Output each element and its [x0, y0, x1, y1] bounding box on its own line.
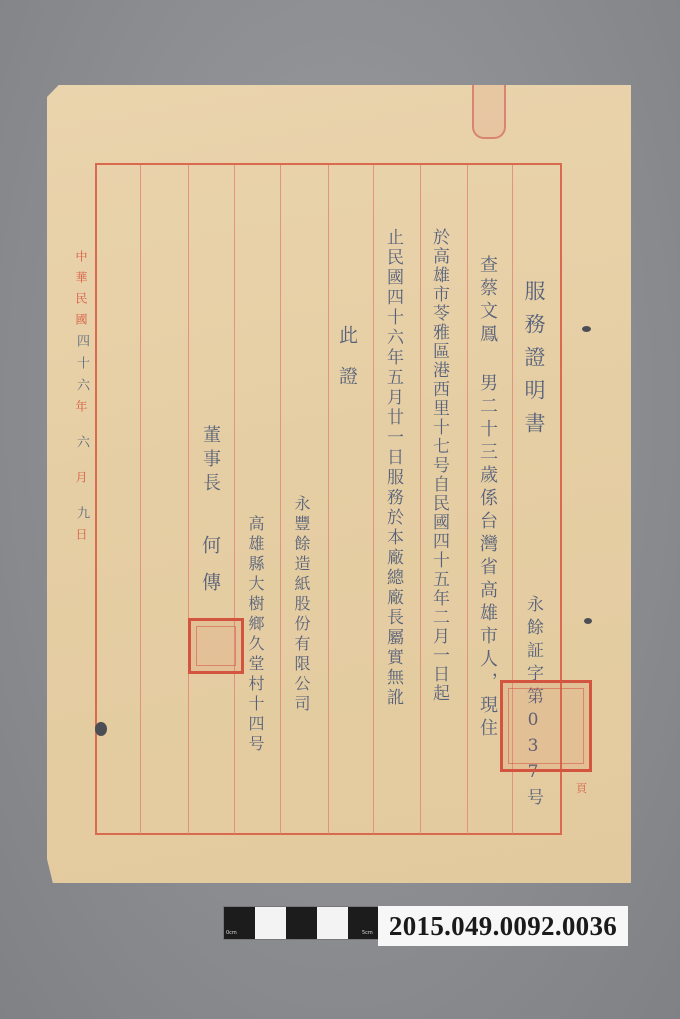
closing-phrase: 此證 — [334, 325, 361, 407]
column-rule — [280, 165, 281, 834]
column-rule — [140, 165, 141, 834]
date-day: 九 — [74, 506, 89, 528]
paper-edge-seal — [472, 85, 506, 139]
column-rule — [328, 165, 329, 834]
paper-blemish — [95, 722, 107, 736]
company-seal — [500, 680, 592, 772]
paper-blemish — [582, 326, 591, 332]
body-line-2: 於高雄市苓雅區港西里十七号自民國四十五年二月一日起 — [427, 228, 452, 703]
column-rule — [373, 165, 374, 834]
column-rule — [188, 165, 189, 834]
margin-mark: 頁 — [576, 780, 587, 796]
scale-tick-start: 0cm — [226, 930, 237, 936]
column-rule — [467, 165, 468, 834]
company-address: 高雄縣大樹鄉久堂村十四号 — [244, 515, 267, 755]
date-year-label: 年 — [74, 400, 88, 421]
body-line-3: 止民國四十六年五月廿一日服務於本廠總廠長屬實無訛 — [381, 228, 406, 708]
date-era: 中華民國 — [74, 250, 88, 334]
date-year: 四十六 — [74, 334, 89, 400]
column-rule — [420, 165, 421, 834]
paper-blemish — [584, 618, 592, 624]
document-title: 服務證明書 — [519, 280, 549, 445]
signatory-title: 董事長 — [197, 425, 223, 497]
document-date: 中華民國四十六年六月九日 — [72, 250, 91, 549]
date-day-label: 日 — [74, 528, 88, 549]
scale-tick-end: 5cm — [362, 930, 373, 936]
date-month: 六 — [74, 435, 89, 457]
date-month-label: 月 — [74, 471, 88, 492]
signatory-seal — [188, 618, 244, 674]
scale-bar — [223, 906, 380, 940]
body-line-1: 查蔡文鳳 男二十三歲係台灣省高雄市人，現住 — [474, 255, 500, 741]
column-rule — [234, 165, 235, 834]
company-name: 永豐餘造紙股份有限公司 — [290, 495, 313, 715]
signatory-name: 何傳 — [197, 535, 224, 609]
accession-number: 2015.049.0092.0036 — [378, 906, 628, 946]
